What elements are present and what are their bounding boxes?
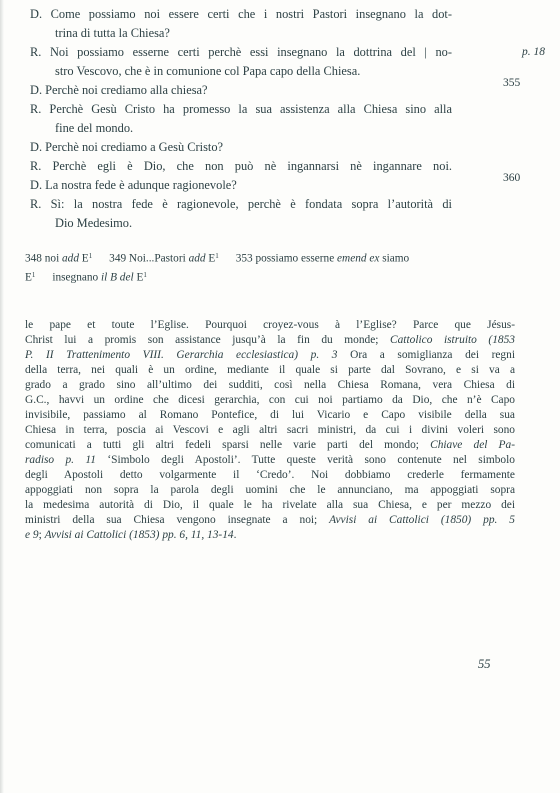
footnote-line: ministri della sua Chiesa vengono insegn… <box>25 513 515 528</box>
footnote-line: grado a grado sino all’ultimo dei suddit… <box>25 378 515 393</box>
text-run: la medesima autorità di Dio, il quale le… <box>25 499 515 511</box>
dialog-line: R. Sì: la nostra fede è ragionevole, per… <box>30 195 452 214</box>
text-run: R. Sì: la nostra fede è ragionevole, per… <box>30 197 452 211</box>
footnote-line: della terra, nei quali è un ordine, medi… <box>25 363 515 378</box>
footnote-line: la medesima autorità di Dio, il quale le… <box>25 498 515 513</box>
dialog-line: Dio Medesimo. <box>30 214 452 233</box>
text-run: siamo <box>379 253 409 265</box>
text-run: trina di tutta la Chiesa? <box>55 26 170 40</box>
dialog-line: trina di tutta la Chiesa? <box>30 24 452 43</box>
text-run: D. Perchè noi crediamo a Gesù Cristo? <box>30 140 223 154</box>
text-run: Dio Medesimo. <box>55 216 132 230</box>
text-run: 348 noi <box>25 253 62 265</box>
dialog-line: R. Noi possiamo esserne certi perchè ess… <box>30 43 452 62</box>
text-run: della terra, nei quali è un ordine, medi… <box>25 364 515 376</box>
text-run: ministri della sua Chiesa vengono insegn… <box>25 514 329 526</box>
book-page: D. Come possiamo noi essere certi che i … <box>0 0 560 793</box>
italic-text-run: il B del <box>101 272 134 284</box>
text-run: insegnano <box>35 272 101 284</box>
italic-text-run: add <box>62 253 79 265</box>
superscript-siglum: 1 <box>143 271 147 279</box>
footnote-line: e 9; Avvisi ai Cattolici (1853) pp. 6, 1… <box>25 528 515 543</box>
text-run: E <box>206 253 216 265</box>
text-run: invisibile, passiamo al Romano Pontefice… <box>25 409 515 421</box>
margin-line-number: 355 <box>503 74 520 93</box>
italic-text-run: Cattolico istruito (1853 <box>390 334 515 346</box>
italic-text-run: Avvisi ai Cattolici (1850) pp. 5 <box>329 514 515 526</box>
text-run: E <box>134 272 144 284</box>
apparatus-line: E1 insegnano il B del E1 <box>25 267 520 286</box>
footnote-line: comunicati a tutti gli altri fedeli spar… <box>25 438 515 453</box>
dialog-line: stro Vescovo, che è in comunione col Pap… <box>30 62 452 81</box>
text-run: D. La nostra fede è adunque ragionevole? <box>30 178 237 192</box>
text-run: grado a grado sino all’ultimo dei suddit… <box>25 379 515 391</box>
text-run: comunicati a tutti gli altri fedeli spar… <box>25 439 430 451</box>
italic-text-run: Chiave del Pa- <box>430 439 515 451</box>
text-run: fine del mondo. <box>55 121 133 135</box>
footnote-line: Christ lui a promis son assistance jusqu… <box>25 333 515 348</box>
italic-text-run: e 9 <box>25 529 39 541</box>
dialog-line: R. Perchè egli è Dio, che non può nè ing… <box>30 157 452 176</box>
footnote-line: G.C., havvi un ordine che dicesi gerarch… <box>25 393 515 408</box>
catechism-dialog-block: D. Come possiamo noi essere certi che i … <box>30 5 452 233</box>
text-run: G.C., havvi un ordine che dicesi gerarch… <box>25 394 515 406</box>
italic-text-run: Avvisi ai Cattolici (1853) pp. 6, 11, 13… <box>45 529 234 541</box>
apparatus-line: 348 noi add E1 349 Noi...Pastori add E1 … <box>25 248 520 267</box>
text-run: 349 Noi...Pastori <box>92 253 188 265</box>
dialog-line: D. Perchè noi crediamo a Gesù Cristo? <box>30 138 452 157</box>
text-run: R. Noi possiamo esserne certi perchè ess… <box>30 45 452 59</box>
footnote-line: degli Apostoli detto volgarmente il ‘Cre… <box>25 468 515 483</box>
dialog-line: R. Perchè Gesù Cristo ha promesso la sua… <box>30 100 452 119</box>
text-run: E <box>79 253 89 265</box>
critical-apparatus-block: 348 noi add E1 349 Noi...Pastori add E1 … <box>25 248 520 286</box>
footnote-line: appoggiati non sopra la parola degli uom… <box>25 483 515 498</box>
footnote-line: le pape et toute l’Eglise. Pourquoi croy… <box>25 318 515 333</box>
footnote-line: Chiesa in terra, poscia ai Vescovi e agl… <box>25 423 515 438</box>
text-run: Christ lui a promis son assistance jusqu… <box>25 334 390 346</box>
dialog-line: D. Come possiamo noi essere certi che i … <box>30 5 452 24</box>
text-run: R. Perchè Gesù Cristo ha promesso la sua… <box>30 102 452 116</box>
text-run: 353 possiamo esserne <box>219 253 337 265</box>
italic-text-run: add <box>189 253 206 265</box>
dialog-line: D. La nostra fede è adunque ragionevole?… <box>30 176 452 195</box>
italic-text-run: emend ex <box>337 253 379 265</box>
page-number: 55 <box>478 657 491 672</box>
footnote-line: P. II Trattenimento VIII. Gerarchia eccl… <box>25 348 515 363</box>
margin-page-reference: p. 18 <box>522 43 545 62</box>
text-run: D. Perchè noi crediamo alla chiesa? <box>30 83 208 97</box>
dialog-line: fine del mondo. <box>30 119 452 138</box>
dialog-line: D. Perchè noi crediamo alla chiesa?355 <box>30 81 452 100</box>
text-run: ‘Simbolo degli Apostoli’. Tutte queste v… <box>107 454 515 466</box>
text-run: D. Come possiamo noi essere certi che i … <box>30 7 452 21</box>
footnote-line: radiso p. 11 ‘Simbolo degli Apostoli’. T… <box>25 453 515 468</box>
text-run: le pape et toute l’Eglise. Pourquoi croy… <box>25 319 515 331</box>
text-run: Chiesa in terra, poscia ai Vescovi e agl… <box>25 424 515 436</box>
margin-line-number: 360 <box>503 169 520 188</box>
text-run: E <box>25 272 32 284</box>
text-run: Ora a somiglianza dei regni <box>350 349 515 361</box>
italic-text-run: radiso p. 11 <box>25 454 107 466</box>
footnote-line: invisibile, passiamo al Romano Pontefice… <box>25 408 515 423</box>
footnote-commentary-block: le pape et toute l’Eglise. Pourquoi croy… <box>25 318 515 543</box>
text-run: R. Perchè egli è Dio, che non può nè ing… <box>30 159 452 173</box>
text-run: stro Vescovo, che è in comunione col Pap… <box>55 64 360 78</box>
text-run: . <box>234 529 237 541</box>
text-run: appoggiati non sopra la parola degli uom… <box>25 484 515 496</box>
italic-text-run: P. II Trattenimento VIII. Gerarchia eccl… <box>25 349 350 361</box>
text-run: degli Apostoli detto volgarmente il ‘Cre… <box>25 469 515 481</box>
